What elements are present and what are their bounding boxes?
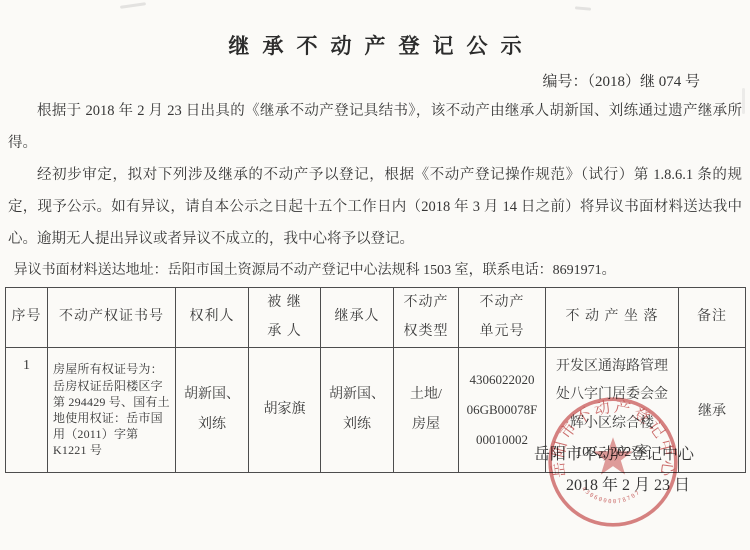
cell-holder: 胡新国、 刘练 [176,348,249,473]
paragraph-basis: 根据于 2018 年 2 月 23 日出具的《继承不动产登记具结书》，该不动产由… [8,95,742,159]
page-title: 继承不动产登记公示 [0,30,750,60]
col-header-holder: 权利人 [176,288,249,348]
objection-address-line: 异议书面材料送达地址：岳阳市国土资源局不动产登记中心法规科 1503 室，联系电… [8,255,742,287]
cell-seq: 1 [6,348,48,473]
col-header-cert-no: 不动产权证书号 [48,288,176,348]
cell-unit-no: 4306022020 06GB00078F 00010002 [459,348,546,473]
cell-cert-no: 房屋所有权证号为：岳房权证岳阳楼区字第 294429 号、国有土地使用权证：岳市… [48,348,176,473]
issuer-signature: 岳阳市不动产登记中心 [534,441,694,464]
col-header-location: 不 动 产 坐 落 [546,288,679,348]
scan-noise-mark [575,6,591,10]
col-header-remark: 备注 [679,288,746,348]
col-header-unit-no: 不动产 单元号 [459,288,546,348]
notice-body: 根据于 2018 年 2 月 23 日出具的《继承不动产登记具结书》，该不动产由… [0,95,750,287]
col-header-decedent: 被 继 承 人 [249,288,321,348]
cell-property-type: 土地/ 房屋 [394,348,459,473]
issue-date: 2018 年 2 月 23 日 [566,472,690,495]
document-number: 编号：（2018）继 074 号 [0,70,750,91]
cell-heir: 胡新国、 刘练 [321,348,394,473]
table-header-row: 序号 不动产权证书号 权利人 被 继 承 人 继承人 不动产 权类型 不动产 单… [6,288,746,348]
col-header-heir: 继承人 [321,288,394,348]
col-header-property-type: 不动产 权类型 [394,288,459,348]
col-header-seq: 序号 [6,288,48,348]
cell-decedent: 胡家旗 [249,348,321,473]
paragraph-announcement: 经初步审定，拟对下列涉及继承的不动产予以登记，根据《不动产登记操作规范》（试行）… [8,159,742,255]
scan-noise-mark [120,2,146,9]
scan-noise-mark [742,88,745,114]
